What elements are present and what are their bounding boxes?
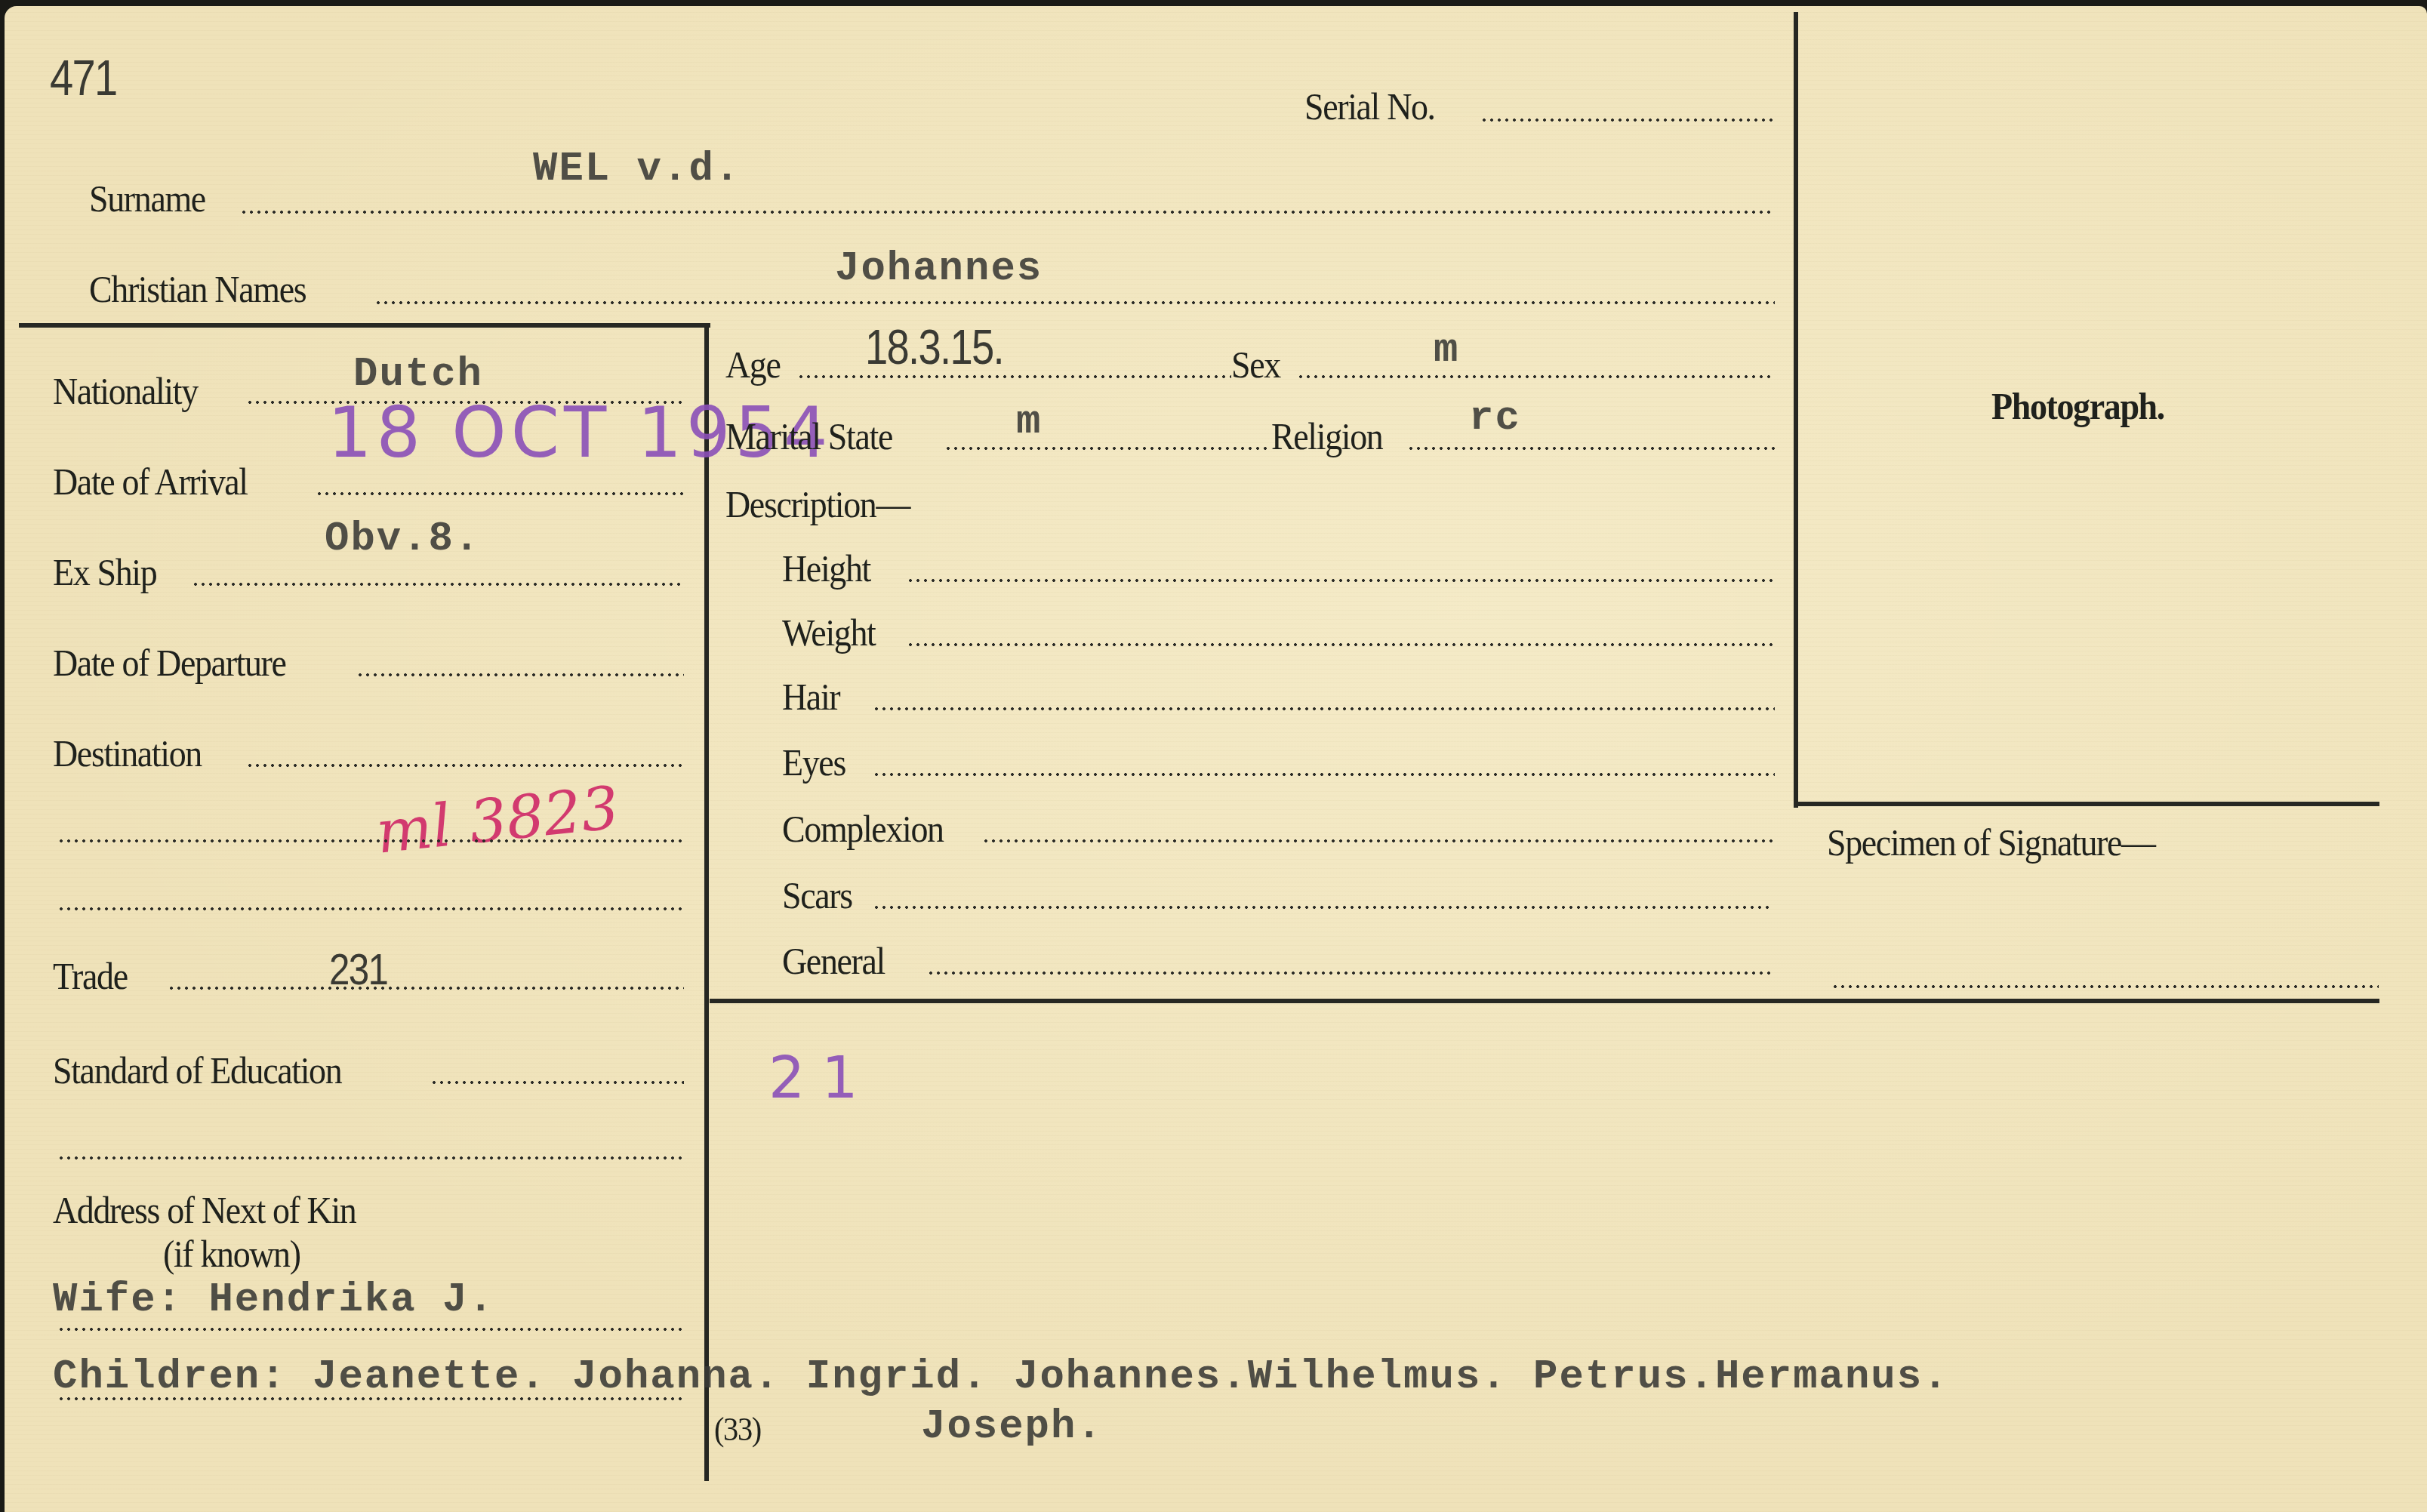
eyes-label: Eyes — [782, 744, 845, 781]
ex-ship-field[interactable] — [192, 582, 684, 587]
surname-field[interactable] — [240, 210, 1775, 214]
sex-label: Sex — [1231, 346, 1280, 383]
height-label: Height — [782, 550, 870, 587]
description-bottom-rule — [710, 999, 2379, 1003]
next-of-kin-children-continued: Joseph. — [921, 1407, 1103, 1448]
next-of-kin-children: Children: Jeanette. Johanna. Ingrid. Joh… — [53, 1357, 1949, 1398]
scars-field[interactable] — [873, 905, 1773, 910]
sex-field[interactable] — [1297, 374, 1775, 379]
left-panel-top-rule — [19, 323, 710, 328]
age-value: 18.3.15. — [865, 323, 1003, 371]
christian-names-value: Johannes — [835, 249, 1043, 290]
weight-field[interactable] — [907, 642, 1775, 647]
immigration-card: 471 Serial No. Surname WEL v.d. Christia… — [5, 6, 2427, 1512]
date-of-departure-field[interactable] — [356, 673, 684, 677]
age-label: Age — [725, 346, 781, 383]
serial-no-field[interactable] — [1480, 118, 1775, 122]
hair-field[interactable] — [873, 707, 1775, 711]
standard-of-education-field[interactable] — [430, 1080, 684, 1085]
next-of-kin-sublabel: (if known) — [163, 1235, 300, 1273]
photo-box-bottom-rule — [1794, 802, 2379, 806]
trade-label: Trade — [53, 957, 128, 995]
trade-field[interactable] — [168, 986, 684, 990]
surname-label: Surname — [89, 180, 205, 217]
nationality-label: Nationality — [53, 372, 198, 410]
date-of-arrival-field[interactable] — [316, 491, 684, 496]
marital-state-field[interactable] — [944, 446, 1270, 451]
religion-value: rc — [1469, 399, 1521, 439]
date-of-departure-label: Date of Departure — [53, 644, 286, 682]
next-of-kin-field-line-2[interactable] — [57, 1397, 684, 1401]
religion-field[interactable] — [1407, 446, 1775, 451]
age-field[interactable] — [797, 374, 1231, 379]
ex-ship-label: Ex Ship — [53, 553, 156, 591]
sex-value: m — [1434, 331, 1459, 371]
christian-names-field[interactable] — [374, 300, 1775, 305]
ex-ship-value: Obv.8. — [325, 519, 480, 560]
record-number: 471 — [50, 53, 117, 103]
hair-label: Hair — [782, 678, 839, 716]
serial-no-label: Serial No. — [1304, 88, 1435, 125]
signature-label: Specimen of Signature— — [1827, 824, 2155, 861]
handwritten-reference: ml 3823 — [374, 778, 622, 862]
photograph-area — [1800, 12, 2379, 802]
standard-of-education-label: Standard of Education — [53, 1052, 341, 1089]
marital-state-value: m — [1016, 402, 1042, 443]
general-label: General — [782, 942, 885, 980]
destination-field-line-3[interactable] — [57, 907, 684, 911]
signature-field[interactable] — [1831, 984, 2379, 989]
nationality-value: Dutch — [353, 355, 483, 396]
scars-label: Scars — [782, 876, 852, 914]
destination-field-line-2[interactable] — [57, 839, 684, 843]
destination-label: Destination — [53, 734, 202, 772]
religion-label: Religion — [1271, 417, 1382, 455]
next-of-kin-label: Address of Next of Kin — [53, 1191, 356, 1229]
date-of-arrival-label: Date of Arrival — [53, 463, 248, 500]
height-field[interactable] — [907, 578, 1775, 583]
eyes-field[interactable] — [873, 772, 1775, 777]
complexion-field[interactable] — [982, 839, 1773, 843]
photo-box-left-rule — [1794, 12, 1798, 808]
next-of-kin-wife: Wife: Hendrika J. — [53, 1280, 494, 1321]
christian-names-label: Christian Names — [89, 270, 306, 308]
stamp-number: 21 — [768, 1049, 875, 1107]
standard-of-education-field-line-2[interactable] — [57, 1156, 684, 1160]
complexion-label: Complexion — [782, 810, 944, 848]
general-field[interactable] — [927, 971, 1773, 975]
description-label: Description— — [725, 485, 910, 523]
marital-state-label: Marital State — [725, 417, 892, 455]
destination-field[interactable] — [246, 763, 684, 768]
weight-label: Weight — [782, 614, 875, 651]
left-panel-divider — [704, 323, 709, 1481]
next-of-kin-field-line-1[interactable] — [57, 1327, 684, 1332]
surname-value: WEL v.d. — [533, 149, 741, 190]
form-code: (33) — [714, 1413, 761, 1446]
